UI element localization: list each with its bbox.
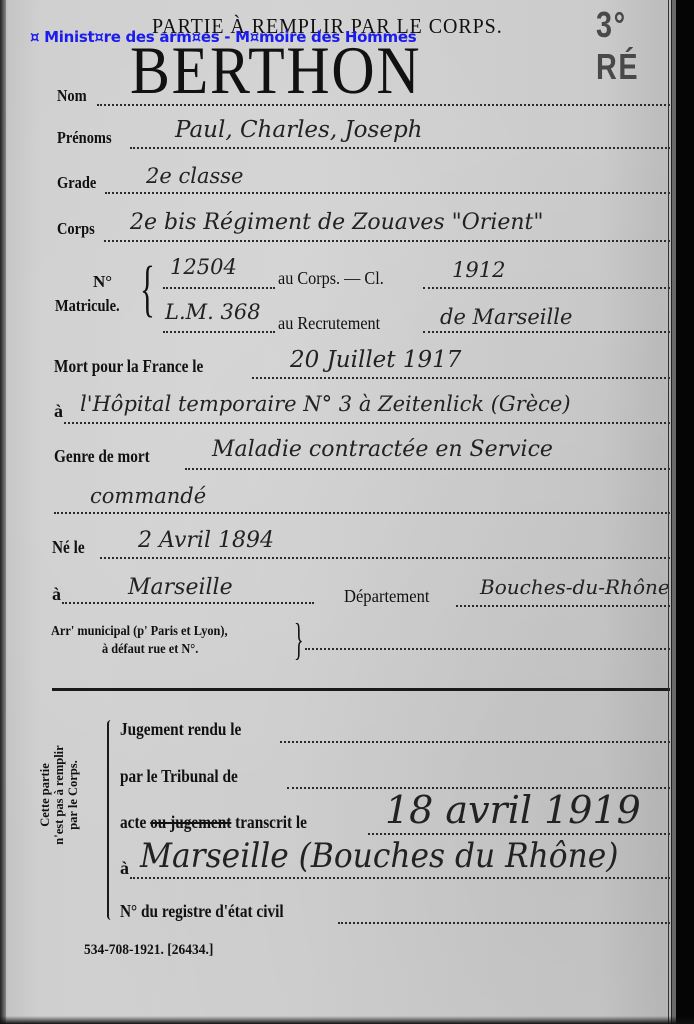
au-recrutement-label: au Recrutement (278, 313, 380, 334)
departement-line (456, 605, 670, 607)
transcrit-label-prefix: acte (120, 812, 150, 832)
nom-line (97, 104, 670, 106)
recrutement-value: de Marseille (440, 305, 572, 329)
prenoms-value: Paul, Charles, Joseph (175, 117, 422, 143)
registre-line (338, 922, 670, 924)
scan-edge-bottom (0, 1016, 694, 1024)
prenoms-label: Prénoms (57, 128, 112, 148)
scan-edge-left (0, 0, 6, 1024)
corps-value: 2e bis Régiment de Zouaves "Orient" (130, 210, 544, 235)
classe-line (423, 287, 670, 289)
arrondissement-label-line2: à défaut rue et N°. (102, 642, 198, 658)
lieu-transcription-line (130, 877, 670, 879)
tribunal-label: par le Tribunal de (120, 766, 238, 787)
registre-label: N° du registre d'état civil (120, 901, 284, 922)
lieu-naissance-value: Marseille (128, 575, 233, 600)
prenoms-line (130, 147, 670, 149)
lieu-transcription-label: à (120, 858, 129, 879)
genre-mort-value-line2: commandé (90, 484, 206, 508)
genre-mort-value-line1: Maladie contractée en Service (212, 437, 553, 462)
mort-label: Mort pour la France le (54, 356, 203, 377)
lieu-naissance-label: à (52, 584, 61, 605)
section-separator (52, 688, 670, 691)
grade-value: 2e classe (146, 164, 243, 188)
lieu-transcription-value: Marseille (Bouches du Rhône) (140, 836, 619, 876)
transcrit-line (368, 833, 670, 835)
mort-line (252, 377, 670, 379)
genre-mort-line2 (54, 512, 670, 514)
matricule-brace: { (140, 258, 155, 320)
au-corps-classe-label: au Corps. — Cl. (278, 268, 384, 289)
matricule-recrutement-line (163, 331, 275, 333)
transcrit-label-suffix: transcrit le (231, 812, 307, 832)
genre-mort-line1 (185, 468, 670, 470)
lieu-naissance-line (62, 602, 314, 604)
side-label-line2: n'est pas à remplir (52, 730, 66, 860)
transcrit-value: 18 avril 1919 (385, 788, 641, 832)
genre-mort-label: Genre de mort (54, 446, 150, 467)
matricule-recrutement-number: L.M. 368 (165, 300, 261, 324)
grade-line (105, 192, 670, 194)
corps-line (104, 240, 670, 242)
arrondissement-brace: } (294, 618, 304, 662)
arrondissement-line (305, 648, 670, 650)
death-record-card: PARTIE À REMPLIR PAR LE CORPS. 3° RÉ Nom… (0, 0, 694, 1024)
civil-section-side-label: Cette partie n'est pas à remplir par le … (38, 730, 80, 860)
matricule-label: Matricule. (55, 296, 120, 316)
civil-section-bracket (107, 720, 115, 920)
lieu-mort-label: à (54, 401, 63, 422)
transcrit-label: acte ou jugement transcrit le (120, 812, 307, 833)
nom-value: BERTHON (130, 36, 421, 104)
departement-label: Département (344, 586, 430, 607)
nom-label: Nom (57, 86, 87, 106)
naissance-line (100, 557, 670, 559)
regiment-stamp: 3° RÉ (596, 4, 674, 88)
arrondissement-label-line1: Arr' municipal (p' Paris et Lyon), (51, 624, 228, 640)
naissance-label: Né le (52, 537, 85, 558)
grade-label: Grade (57, 173, 96, 193)
departement-value: Bouches-du-Rhône (480, 575, 670, 599)
matricule-corps-number: 12504 (170, 255, 237, 279)
corps-label: Corps (57, 219, 95, 239)
recrutement-line (423, 331, 670, 333)
mort-value: 20 Juillet 1917 (290, 347, 461, 373)
jugement-label: Jugement rendu le (120, 719, 241, 740)
print-reference: 534-708-1921. [26434.] (84, 942, 213, 959)
classe-value: 1912 (452, 258, 505, 282)
naissance-value: 2 Avril 1894 (138, 528, 274, 553)
scan-edge-right (672, 0, 694, 1024)
archive-watermark: ¤ Minist¤re des arm¤es - M¤moire des Hom… (30, 28, 416, 46)
matricule-label-no: N° (93, 272, 112, 292)
lieu-mort-line (64, 422, 670, 424)
transcrit-label-struck: ou jugement (150, 812, 231, 832)
jugement-line (280, 741, 670, 743)
side-label-line3: par le Corps. (66, 730, 80, 860)
card-border-right-inner (668, 0, 669, 1024)
lieu-mort-value: l'Hôpital temporaire N° 3 à Zeitenlick (… (80, 392, 571, 416)
side-label-line1: Cette partie (38, 730, 52, 860)
matricule-corps-line (163, 287, 275, 289)
